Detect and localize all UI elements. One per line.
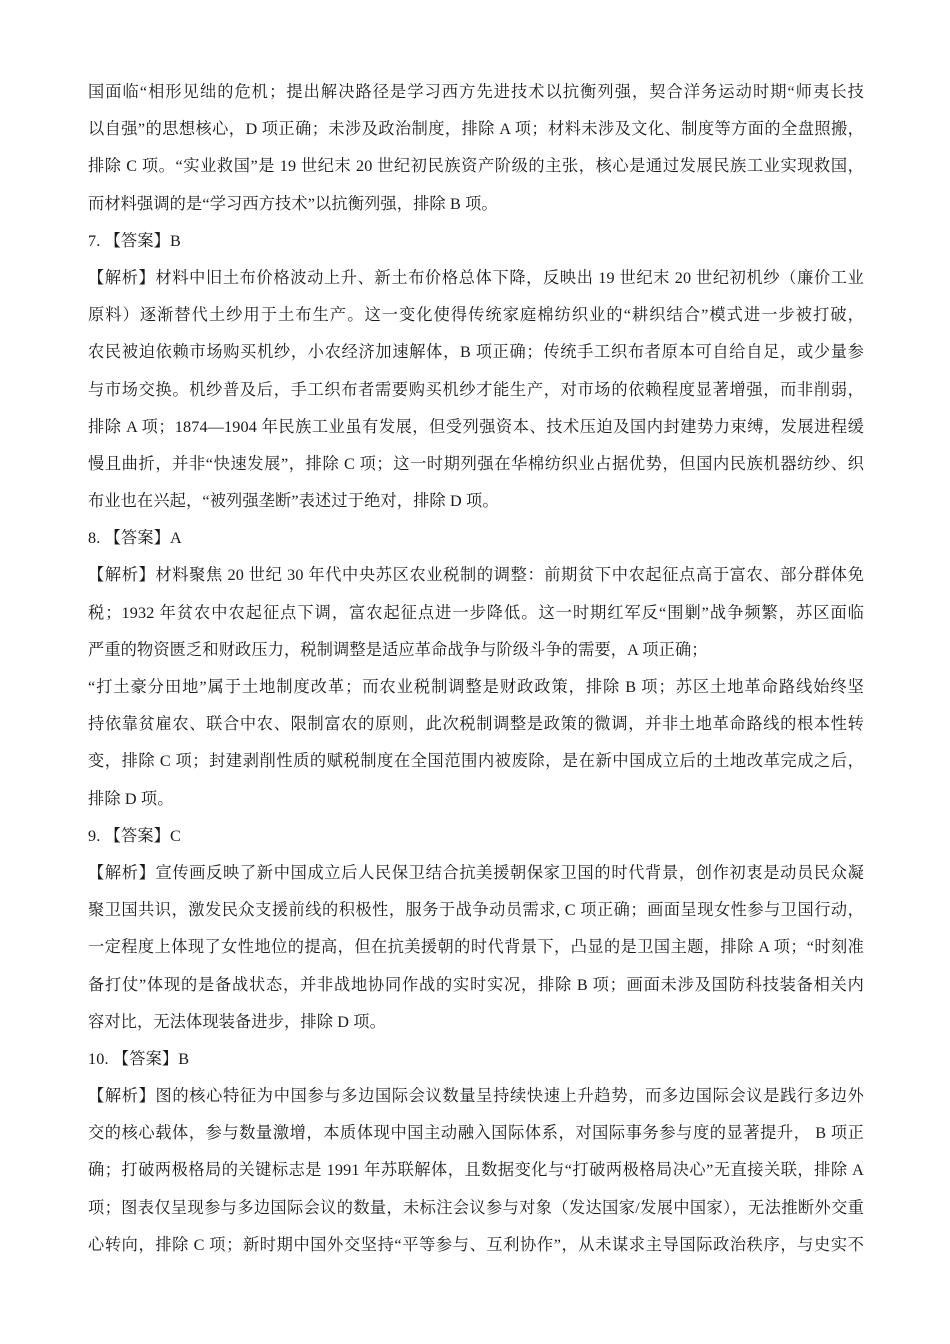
analysis-line: 税；1932 年贫农中农起征点下调，富农起征点进一步降低。这一时期红军反“围剿”… xyxy=(88,595,864,632)
answer-value: B xyxy=(178,1050,189,1068)
question-9: 9. 【答案】C 【解析】宣传画反映了新中国成立后人民保卫结合抗美援朝保家卫国的… xyxy=(88,818,864,1041)
question-8: 8. 【答案】A 【解析】材料聚焦 20 世纪 30 年代中央苏区农业税制的调整… xyxy=(88,520,864,818)
analysis-line: 原料）逐渐替代土纱用于土布生产。这一变化使得传统家庭棉纺织业的“耕织结合”模式进… xyxy=(88,297,864,334)
analysis-line: 确；打破两极格局的关键标志是 1991 年苏联解体，且数据变化与“打破两极格局决… xyxy=(88,1152,864,1189)
analysis-line: “打土豪分田地”属于土地制度改革；而农业税制调整是财政政策，排除 B 项；苏区土… xyxy=(88,669,864,706)
answer-label: 【答案】 xyxy=(113,1050,178,1068)
analysis-line: 持依靠贫雇农、联合中农、限制富农的原则，此次税制调整是政策的微调，并非土地革命路… xyxy=(88,706,864,743)
analysis-line: 聚卫国共识，激发民众支援前线的积极性，服务于战争动员需求, C 项正确；画面呈现… xyxy=(88,892,864,929)
answer-line: 9. 【答案】C xyxy=(88,818,864,855)
analysis-line: 农民被迫依赖市场购买机纱，小农经济加速解体，B 项正确；传统手工织布者原本可自给… xyxy=(88,334,864,371)
analysis-line: 项；图表仅呈现参与多边国际会议的数量，未标注会议参与对象（发达国家/发展中国家）… xyxy=(88,1190,864,1227)
question-number: 7. xyxy=(88,232,100,250)
answer-label: 【答案】 xyxy=(105,827,170,845)
answer-line: 7. 【答案】B xyxy=(88,223,864,260)
answer-value: A xyxy=(170,529,182,547)
answer-label: 【答案】 xyxy=(105,529,170,547)
document-page: 国面临“相形见绌的危机；提出解决路径是学习西方先进技术以抗衡列强，契合洋务运动时… xyxy=(88,74,864,1264)
analysis-line: 慢且曲折，并非“快速发展”，排除 C 项；这一时期列强在华棉纺织业占据优势，但国… xyxy=(88,446,864,483)
analysis-line: 交的核心载体，参与数量激增，本质体现中国主动融入国际体系，对国际事务参与度的显著… xyxy=(88,1115,864,1152)
analysis-line: 与市场交换。机纱普及后，手工织布者需要购买机纱才能生产，对市场的依赖程度显著增强… xyxy=(88,372,864,409)
analysis-line: 排除 A 项；1874—1904 年民族工业虽有发展，但受列强资本、技术压迫及国… xyxy=(88,409,864,446)
analysis-line: 容对比，无法体现装备进步，排除 D 项。 xyxy=(88,1004,864,1041)
analysis-line: 【解析】宣传画反映了新中国成立后人民保卫结合抗美援朝保家卫国的时代背景，创作初衷… xyxy=(88,855,864,892)
text-line: 国面临“相形见绌的危机；提出解决路径是学习西方先进技术以抗衡列强，契合洋务运动时… xyxy=(88,74,864,111)
analysis-line: 布业也在兴起，“被列强垄断”表述过于绝对，排除 D 项。 xyxy=(88,483,864,520)
text-line: 以自强”的思想核心，D 项正确；未涉及政治制度，排除 A 项；材料未涉及文化、制… xyxy=(88,111,864,148)
analysis-line: 变，排除 C 项；封建剥削性质的赋税制度在全国范围内被废除，是在新中国成立后的土… xyxy=(88,743,864,780)
question-10: 10. 【答案】B 【解析】图的核心特征为中国参与多边国际会议数量呈持续快速上升… xyxy=(88,1041,864,1264)
answer-line: 10. 【答案】B xyxy=(88,1041,864,1078)
analysis-line: 备打仗”体现的是备战状态，并非战地协同作战的实时实况，排除 B 项；画面未涉及国… xyxy=(88,967,864,1004)
analysis-line: 排除 D 项。 xyxy=(88,781,864,818)
answer-value: B xyxy=(170,232,181,250)
analysis-line: 心转向，排除 C 项；新时期中国外交坚持“平等参与、互利协作”，从未谋求主导国际… xyxy=(88,1227,864,1264)
answer-value: C xyxy=(170,827,181,845)
question-number: 9. xyxy=(88,827,100,845)
analysis-line: 【解析】材料聚焦 20 世纪 30 年代中央苏区农业税制的调整：前期贫下中农起征… xyxy=(88,557,864,594)
text-line: 排除 C 项。“实业救国”是 19 世纪末 20 世纪初民族资产阶级的主张，核心… xyxy=(88,148,864,185)
answer-line: 8. 【答案】A xyxy=(88,520,864,557)
analysis-line: 严重的物资匮乏和财政压力，税制调整是适应革命战争与阶级斗争的需要，A 项正确； xyxy=(88,632,864,669)
question-number: 10. xyxy=(88,1050,109,1068)
text-line: 而材料强调的是“学习西方技术”以抗衡列强，排除 B 项。 xyxy=(88,186,864,223)
q6-analysis-continuation: 国面临“相形见绌的危机；提出解决路径是学习西方先进技术以抗衡列强，契合洋务运动时… xyxy=(88,74,864,223)
analysis-line: 【解析】材料中旧土布价格波动上升、新土布价格总体下降，反映出 19 世纪末 20… xyxy=(88,260,864,297)
analysis-line: 一定程度上体现了女性地位的提高，但在抗美援朝的时代背景下，凸显的是卫国主题，排除… xyxy=(88,929,864,966)
question-number: 8. xyxy=(88,529,100,547)
answer-label: 【答案】 xyxy=(105,232,170,250)
question-7: 7. 【答案】B 【解析】材料中旧土布价格波动上升、新土布价格总体下降，反映出 … xyxy=(88,223,864,521)
analysis-line: 【解析】图的核心特征为中国参与多边国际会议数量呈持续快速上升趋势，而多边国际会议… xyxy=(88,1078,864,1115)
